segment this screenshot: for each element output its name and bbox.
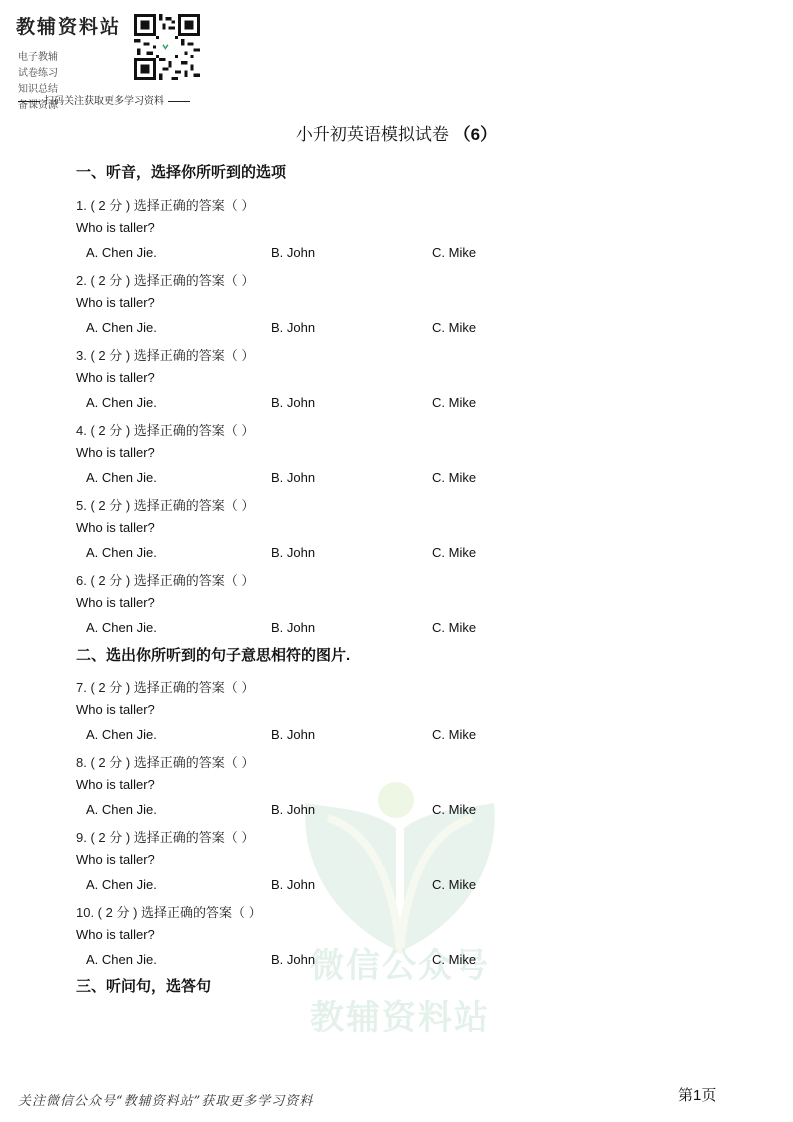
option-b[interactable]: B. John	[271, 470, 315, 485]
option-c[interactable]: C. Mike	[432, 877, 476, 892]
question-text: Who is taller?	[76, 927, 155, 942]
watermark: 微信公众号 教辅资料站	[300, 778, 500, 1048]
brand-name: 教辅资料站	[16, 12, 121, 39]
divider	[18, 101, 40, 102]
option-a[interactable]: A. Chen Jie.	[86, 952, 157, 967]
question-head: 6. ( 2 分 ) 选择正确的答案（ ）	[76, 570, 254, 589]
document-title: 小升初英语模拟试卷 （6）	[0, 120, 793, 145]
option-a[interactable]: A. Chen Jie.	[86, 320, 157, 335]
question-head: 5. ( 2 分 ) 选择正确的答案（ ）	[76, 495, 254, 514]
question-text: Who is taller?	[76, 777, 155, 792]
question-text: Who is taller?	[76, 852, 155, 867]
option-b[interactable]: B. John	[271, 545, 315, 560]
question-head: 8. ( 2 分 ) 选择正确的答案（ ）	[76, 752, 254, 771]
footer-note: 关注微信公众号“教辅资料站”获取更多学习资料	[18, 1090, 313, 1109]
option-c[interactable]: C. Mike	[432, 470, 476, 485]
question-text: Who is taller?	[76, 445, 155, 460]
option-c[interactable]: C. Mike	[432, 245, 476, 260]
question-text: Who is taller?	[76, 370, 155, 385]
option-c[interactable]: C. Mike	[432, 620, 476, 635]
question-text: Who is taller?	[76, 595, 155, 610]
question-text: Who is taller?	[76, 220, 155, 235]
option-c[interactable]: C. Mike	[432, 952, 476, 967]
page-number: 第1页	[678, 1084, 716, 1105]
question-head: 1. ( 2 分 ) 选择正确的答案（ ）	[76, 195, 254, 214]
qr-code-icon	[134, 14, 200, 80]
option-b[interactable]: B. John	[271, 395, 315, 410]
option-a[interactable]: A. Chen Jie.	[86, 727, 157, 742]
option-c[interactable]: C. Mike	[432, 802, 476, 817]
option-c[interactable]: C. Mike	[432, 320, 476, 335]
brand-tag: 电子教辅	[18, 50, 76, 66]
question-head: 3. ( 2 分 ) 选择正确的答案（ ）	[76, 345, 254, 364]
question-text: Who is taller?	[76, 295, 155, 310]
question-head: 7. ( 2 分 ) 选择正确的答案（ ）	[76, 677, 254, 696]
option-a[interactable]: A. Chen Jie.	[86, 877, 157, 892]
option-c[interactable]: C. Mike	[432, 545, 476, 560]
option-c[interactable]: C. Mike	[432, 395, 476, 410]
option-a[interactable]: A. Chen Jie.	[86, 620, 157, 635]
option-b[interactable]: B. John	[271, 620, 315, 635]
option-b[interactable]: B. John	[271, 245, 315, 260]
question-head: 4. ( 2 分 ) 选择正确的答案（ ）	[76, 420, 254, 439]
option-a[interactable]: A. Chen Jie.	[86, 245, 157, 260]
option-a[interactable]: A. Chen Jie.	[86, 545, 157, 560]
option-a[interactable]: A. Chen Jie.	[86, 395, 157, 410]
question-head: 2. ( 2 分 ) 选择正确的答案（ ）	[76, 270, 254, 289]
title-number: （6）	[454, 125, 497, 144]
scan-prompt-text: 扫码关注获取更多学习资料	[44, 96, 164, 107]
question-text: Who is taller?	[76, 702, 155, 717]
divider	[168, 101, 190, 102]
option-c[interactable]: C. Mike	[432, 727, 476, 742]
section-heading: 二、选出你所听到的句子意思相符的图片.	[76, 644, 350, 665]
brand-tag: 试卷练习	[18, 66, 76, 82]
question-head: 10. ( 2 分 ) 选择正确的答案（ ）	[76, 902, 262, 921]
option-a[interactable]: A. Chen Jie.	[86, 802, 157, 817]
scan-prompt: 扫码关注获取更多学习资料	[14, 92, 194, 107]
question-head: 9. ( 2 分 ) 选择正确的答案（ ）	[76, 827, 254, 846]
option-b[interactable]: B. John	[271, 952, 315, 967]
option-b[interactable]: B. John	[271, 320, 315, 335]
option-b[interactable]: B. John	[271, 802, 315, 817]
question-text: Who is taller?	[76, 520, 155, 535]
option-a[interactable]: A. Chen Jie.	[86, 470, 157, 485]
option-b[interactable]: B. John	[271, 727, 315, 742]
title-text: 小升初英语模拟试卷	[296, 125, 449, 144]
option-b[interactable]: B. John	[271, 877, 315, 892]
watermark-line2: 教辅资料站	[300, 990, 500, 1039]
section-heading: 一、听音，选择你所听到的选项	[76, 161, 286, 182]
section-heading: 三、听问句，选答句	[76, 975, 211, 996]
